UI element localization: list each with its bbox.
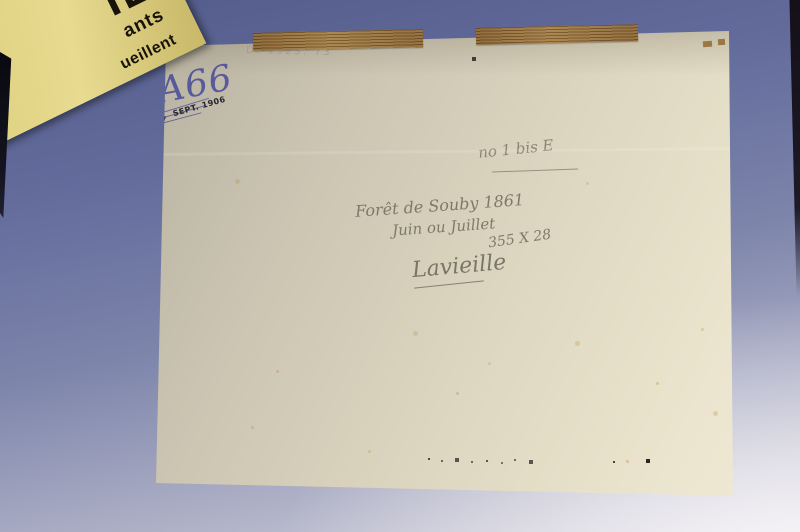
artwork-verso-paper: D. 1923. 73 A66 SEPT. 1906 no 1 bis E Fo…: [156, 30, 733, 496]
numbering-note: no 1 bis E: [477, 136, 554, 162]
tape-remnant: [703, 41, 712, 48]
numbering-underline: [492, 168, 578, 172]
cover-text-block: IL ants ueillent: [85, 0, 180, 74]
artist-signature: Lavieille: [411, 250, 507, 283]
dimensions-inscription: 355 X 28: [487, 227, 552, 252]
photo-background: D. 1923. 73 A66 SEPT. 1906 no 1 bis E Fo…: [0, 0, 800, 532]
kraft-tape-left: [253, 29, 423, 51]
title-inscription: Forêt de Souby 1861: [355, 190, 525, 221]
date-inscription: Juin ou Juillet: [391, 214, 495, 239]
dark-edge-right: [783, 0, 800, 296]
tape-remnant: [718, 39, 725, 45]
